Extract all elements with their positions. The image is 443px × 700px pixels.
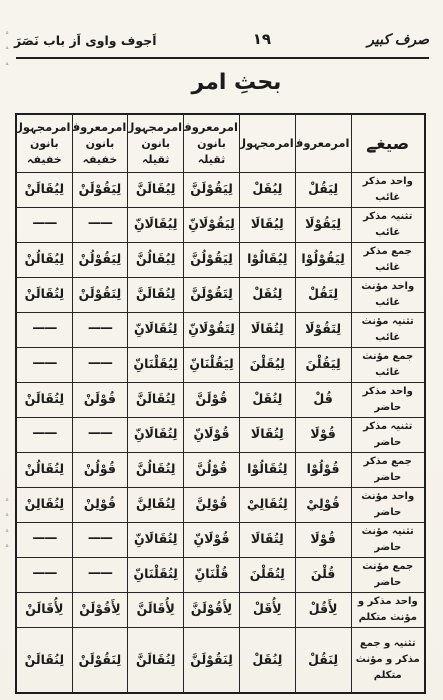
conjugation-cell: لِتُقَالِنْ	[16, 487, 72, 522]
conjugation-cell: لِتُقَالَنْ	[16, 277, 72, 312]
conjugation-cell: لِأُقَالَنْ	[16, 592, 72, 627]
column-header-label: امرمجہول	[241, 135, 294, 152]
conjugation-cell: لِتُقَالَانِّ	[128, 312, 184, 347]
seegha-label: تثنیہ مؤنث غائب	[351, 312, 425, 347]
conjugation-cell: لِتُقَالُنْ	[16, 452, 72, 487]
conjugation-table-header: صیغے امرمعروف امرمجہول امرمعروف بانون ثق…	[16, 114, 425, 172]
column-header-sublabel: بانون خفیفہ	[18, 136, 70, 167]
conjugation-cell: لِأَقُلْ	[295, 592, 351, 627]
conjugation-cell: قُوْلَا	[295, 522, 351, 557]
table-row: جمع مذکر حاضر قُوْلُوْا لِتُقَالُوْا قُو…	[16, 452, 425, 487]
conjugation-cell: لِنَقُوْلَنْ	[72, 627, 128, 693]
conjugation-cell: قُوْلَنَّ	[184, 382, 240, 417]
column-header-label: امرمعروف	[74, 119, 127, 136]
conjugation-cell: لِيَقُوْلُنْ	[72, 242, 128, 277]
conjugation-table: صیغے امرمعروف امرمجہول امرمعروف بانون ثق…	[15, 113, 426, 694]
column-header-label: امرمجہول	[129, 119, 182, 136]
conjugation-cell: لِنُقَالَنْ	[16, 627, 72, 693]
conjugation-cell: ——	[16, 417, 72, 452]
conjugation-cell: لِتَقُوْلَنْ	[72, 277, 128, 312]
column-header-amr-maroof: امرمعروف	[295, 114, 351, 172]
conjugation-cell: لِأُقَلْ	[239, 592, 295, 627]
conjugation-cell: لِتُقَالُنَّ	[128, 452, 184, 487]
seegha-label: واحد مؤنث غائب	[351, 277, 425, 312]
conjugation-cell: ——	[72, 417, 128, 452]
conjugation-cell: لِنُقَالَنَّ	[128, 627, 184, 693]
column-header-label: امرمجہول	[18, 119, 70, 136]
conjugation-cell: قُلْنَانِّ	[184, 557, 240, 592]
column-header-sublabel: بانون ثقیلہ	[185, 136, 238, 167]
conjugation-cell: لِيُقَالَنْ	[16, 172, 72, 207]
conjugation-cell: لِأَقُوْلَنْ	[72, 592, 128, 627]
conjugation-cell: لِتُقَالَانِّ	[128, 522, 184, 557]
conjugation-cell: لِأُقَالَنَّ	[128, 592, 184, 627]
seegha-label: واحد مذکر غائب	[351, 172, 425, 207]
conjugation-cell: لِيَقُوْلَنْ	[72, 172, 128, 207]
table-row: واحد مؤنث غائب لِتَقُلْ لِتُقَلْ لِتَقُو…	[16, 277, 425, 312]
conjugation-cell: لِتُقَلْ	[239, 277, 295, 312]
conjugation-cell: لِيُقَلْ	[239, 172, 295, 207]
conjugation-cell: قُوْلَانِّ	[184, 417, 240, 452]
column-header-sublabel: بانون ثقیلہ	[129, 136, 182, 167]
table-row: واحد مذکر غائب لِيَقُلْ لِيُقَلْ لِيَقُو…	[16, 172, 425, 207]
table-row: تثنیہ مؤنث حاضر قُوْلَا لِتُقَالَا قُوْل…	[16, 522, 425, 557]
conjugation-cell: لِتُقَالَنْ	[16, 382, 72, 417]
conjugation-cell: ——	[16, 207, 72, 242]
conjugation-cell: لِتُقَالَا	[239, 312, 295, 347]
conjugation-cell: لِتَقُوْلَنَّ	[184, 277, 240, 312]
conjugation-cell: قُوْلُنَّ	[184, 452, 240, 487]
conjugation-cell: ——	[16, 312, 72, 347]
conjugation-cell: لِتُقَالَانِّ	[128, 417, 184, 452]
section-title: بحثِ امر	[30, 70, 443, 95]
table-row: جمع مؤنث غائب لِيَقُلْنَ لِيُقَلْنَ لِيَ…	[16, 347, 425, 382]
book-title: صرف کبیر	[367, 32, 429, 48]
conjugation-cell: ——	[16, 522, 72, 557]
table-row: جمع مؤنث حاضر قُلْنَ لِتُقَلْنَ قُلْنَان…	[16, 557, 425, 592]
column-header-amr-maroof-khafeefa: امرمعروف بانون خفیفہ	[72, 114, 128, 172]
conjugation-cell: لِيَقُلْ	[295, 172, 351, 207]
conjugation-cell: لِأَقُوْلَنَّ	[184, 592, 240, 627]
table-row: تثنیہ مؤنث غائب لِتَقُوْلَا لِتُقَالَا ل…	[16, 312, 425, 347]
chapter-title: اَجوف واوی اَز باب نَصَرَ	[14, 33, 157, 48]
conjugation-cell: لِتُقَالَنَّ	[128, 277, 184, 312]
conjugation-cell: ——	[72, 557, 128, 592]
table-row: جمع مذکر غائب لِيَقُوْلُوْا لِيُقَالُوْا…	[16, 242, 425, 277]
page-number: ۱۹	[253, 30, 271, 48]
conjugation-cell: لِنَقُوْلَنَّ	[184, 627, 240, 693]
conjugation-cell: لِتُقَالِنَّ	[128, 487, 184, 522]
header-row: صیغے امرمعروف امرمجہول امرمعروف بانون ثق…	[16, 114, 425, 172]
conjugation-cell: لِيَقُلْنَ	[295, 347, 351, 382]
seegha-label: جمع مؤنث غائب	[351, 347, 425, 382]
conjugation-cell: لِيَقُوْلُنَّ	[184, 242, 240, 277]
conjugation-cell: قُوْلُوْا	[295, 452, 351, 487]
seegha-label: تثنیہ مذکر غائب	[351, 207, 425, 242]
conjugation-cell: ——	[72, 207, 128, 242]
margin-specks-top: ؞؞؞	[2, 28, 12, 74]
conjugation-cell: ——	[72, 347, 128, 382]
conjugation-cell: لِيُقَالَانِّ	[128, 207, 184, 242]
conjugation-cell: لِتَقُوْلَانِّ	[184, 312, 240, 347]
column-header-sublabel: بانون خفیفہ	[74, 136, 127, 167]
conjugation-cell: لِيَقُوْلَا	[295, 207, 351, 242]
conjugation-cell: ——	[16, 347, 72, 382]
seegha-label: جمع مذکر حاضر	[351, 452, 425, 487]
conjugation-cell: لِيُقَالُنَّ	[128, 242, 184, 277]
conjugation-cell: ——	[72, 312, 128, 347]
conjugation-cell: لِنُقَلْ	[239, 627, 295, 693]
conjugation-cell: لِتَقُلْ	[295, 277, 351, 312]
conjugation-cell: لِتُقَلْنَانِّ	[128, 557, 184, 592]
seegha-label: تثنیہ و جمع مذکر و مؤنث متکلم	[351, 627, 425, 693]
conjugation-cell: لِتُقَلْ	[239, 382, 295, 417]
conjugation-cell: قُلْ	[295, 382, 351, 417]
conjugation-cell: لِيُقَلْنَ	[239, 347, 295, 382]
column-header-label: امرمعروف	[185, 119, 238, 136]
conjugation-cell: لِتُقَالَا	[239, 417, 295, 452]
conjugation-cell: لِيَقُلْنَانِّ	[184, 347, 240, 382]
conjugation-cell: قُوْلِنْ	[72, 487, 128, 522]
column-header-seegha: صیغے	[351, 114, 425, 172]
conjugation-cell: قُوْلَنْ	[72, 382, 128, 417]
header-rule	[16, 57, 429, 59]
conjugation-cell: لِيُقَلْنَانِّ	[128, 347, 184, 382]
conjugation-cell: لِتُقَلْنَ	[239, 557, 295, 592]
conjugation-cell: ——	[16, 557, 72, 592]
running-header: صرف کبیر ۱۹ اَجوف واوی اَز باب نَصَرَ	[14, 30, 429, 48]
conjugation-cell: ——	[72, 522, 128, 557]
seegha-label: واحد مؤنث حاضر	[351, 487, 425, 522]
conjugation-cell: لِيُقَالَا	[239, 207, 295, 242]
conjugation-cell: قُوْلِنَّ	[184, 487, 240, 522]
seegha-label: واحد مذکر و مؤنث متکلم	[351, 592, 425, 627]
conjugation-cell: لِيَقُوْلَانِّ	[184, 207, 240, 242]
conjugation-cell: لِتُقَالِيْ	[239, 487, 295, 522]
conjugation-cell: لِتُقَالَنَّ	[128, 382, 184, 417]
table-row: تثنیہ مذکر حاضر قُوْلَا لِتُقَالَا قُوْل…	[16, 417, 425, 452]
table-row: تثنیہ مذکر غائب لِيَقُوْلَا لِيُقَالَا ل…	[16, 207, 425, 242]
conjugation-cell: قُلْنَ	[295, 557, 351, 592]
book-page: صرف کبیر ۱۹ اَجوف واوی اَز باب نَصَرَ بح…	[0, 0, 443, 700]
seegha-label: تثنیہ مؤنث حاضر	[351, 522, 425, 557]
conjugation-cell: لِتَقُوْلَا	[295, 312, 351, 347]
conjugation-cell: قُوْلَا	[295, 417, 351, 452]
conjugation-cell: قُوْلُنْ	[72, 452, 128, 487]
seegha-label: تثنیہ مذکر حاضر	[351, 417, 425, 452]
column-header-amr-majhool: امرمجہول	[239, 114, 295, 172]
conjugation-cell: لِنَقُلْ	[295, 627, 351, 693]
seegha-label: واحد مذکر حاضر	[351, 382, 425, 417]
conjugation-cell: لِيُقَالَنَّ	[128, 172, 184, 207]
conjugation-cell: لِيَقُوْلُوْا	[295, 242, 351, 277]
table-row: واحد مؤنث حاضر قُوْلِيْ لِتُقَالِيْ قُوْ…	[16, 487, 425, 522]
conjugation-cell: لِيُقَالُنْ	[16, 242, 72, 277]
table-row: واحد مذکر حاضر قُلْ لِتُقَلْ قُوْلَنَّ ل…	[16, 382, 425, 417]
conjugation-table-body: واحد مذکر غائب لِيَقُلْ لِيُقَلْ لِيَقُو…	[16, 172, 425, 693]
table-row: تثنیہ و جمع مذکر و مؤنث متکلم لِنَقُلْ ل…	[16, 627, 425, 693]
margin-specks-middle: ؞؞؞؞	[2, 495, 12, 557]
column-header-label: امرمعروف	[297, 135, 350, 152]
conjugation-cell: لِيَقُوْلَنَّ	[184, 172, 240, 207]
seegha-label: جمع مؤنث حاضر	[351, 557, 425, 592]
conjugation-cell: قُوْلَانِّ	[184, 522, 240, 557]
table-row: واحد مذکر و مؤنث متکلم لِأَقُلْ لِأُقَلْ…	[16, 592, 425, 627]
column-header-amr-maroof-thaqeela: امرمعروف بانون ثقیلہ	[184, 114, 240, 172]
column-header-amr-majhool-thaqeela: امرمجہول بانون ثقیلہ	[128, 114, 184, 172]
conjugation-cell: لِتُقَالُوْا	[239, 452, 295, 487]
conjugation-cell: قُوْلِيْ	[295, 487, 351, 522]
column-header-amr-majhool-khafeefa: امرمجہول بانون خفیفہ	[16, 114, 72, 172]
conjugation-cell: لِيُقَالُوْا	[239, 242, 295, 277]
seegha-label: جمع مذکر غائب	[351, 242, 425, 277]
conjugation-cell: لِتُقَالَا	[239, 522, 295, 557]
